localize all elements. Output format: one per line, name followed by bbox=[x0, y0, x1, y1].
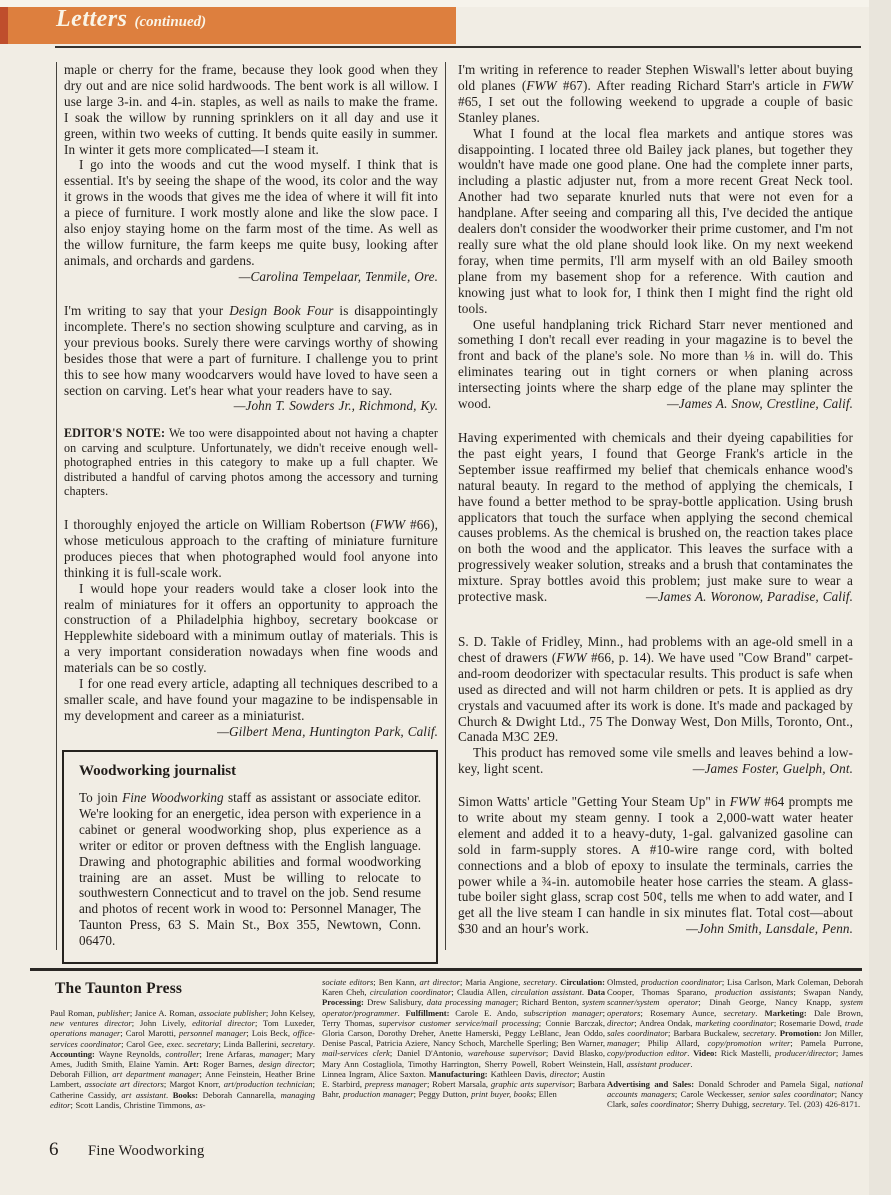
letter-paragraph: I go into the woods and cut the wood mys… bbox=[64, 157, 438, 268]
letter-signature: —Gilbert Mena, Huntington Park, Calif. bbox=[64, 724, 438, 740]
letter-paragraph: S. D. Takle of Fridley, Minn., had probl… bbox=[458, 634, 853, 745]
page-edge-right bbox=[869, 0, 891, 1195]
magazine-page: Letters(continued) maple or cherry for t… bbox=[0, 0, 891, 1195]
masthead-column-1: Paul Roman, publisher; Janice A. Roman, … bbox=[50, 1008, 315, 1110]
letters-column-1-group-3: I thoroughly enjoyed the article on Will… bbox=[64, 517, 438, 740]
column-rule-center bbox=[445, 62, 446, 950]
letter-paragraph: Simon Watts' article "Getting Your Steam… bbox=[458, 794, 853, 937]
header-rule bbox=[55, 46, 861, 48]
letter-paragraph: I'm writing in reference to reader Steph… bbox=[458, 62, 853, 126]
letter-paragraph: maple or cherry for the frame, because t… bbox=[64, 62, 438, 157]
header-bar-edge bbox=[0, 7, 8, 44]
letter-paragraph: I for one read every article, adapting a… bbox=[64, 676, 438, 724]
letter-paragraph: I'm writing to say that your Design Book… bbox=[64, 303, 438, 414]
magazine-name: Fine Woodworking bbox=[88, 1143, 205, 1160]
letters-column-2-group-1: I'm writing in reference to reader Steph… bbox=[458, 62, 853, 412]
letter-paragraph: Having experimented with chemicals and t… bbox=[458, 430, 853, 605]
letters-column-2-group-3: S. D. Takle of Fridley, Minn., had probl… bbox=[458, 634, 853, 777]
letters-column-2-group-4: Simon Watts' article "Getting Your Steam… bbox=[458, 794, 853, 937]
masthead-column-2: sociate editors; Ben Kann, art director;… bbox=[322, 977, 605, 1099]
letter-paragraph: I thoroughly enjoyed the article on Will… bbox=[64, 517, 438, 581]
letter-paragraph: This product has removed some vile smell… bbox=[458, 745, 853, 777]
letter-paragraph: One useful handplaning trick Richard Sta… bbox=[458, 317, 853, 412]
page-title-continued: (continued) bbox=[134, 14, 206, 30]
column-rule-left bbox=[56, 62, 57, 950]
masthead-column-3-advertising: Advertising and Sales: Donald Schroder a… bbox=[607, 1079, 863, 1110]
letter-signature: —Carolina Tempelaar, Tenmile, Ore. bbox=[64, 269, 438, 285]
letters-column-2-group-2: Having experimented with chemicals and t… bbox=[458, 430, 853, 605]
masthead-column-3-staff: Olmsted, production coordinator; Lisa Ca… bbox=[607, 977, 863, 1069]
letters-column-1-group-2: I'm writing to say that your Design Book… bbox=[64, 303, 438, 499]
masthead-title: The Taunton Press bbox=[55, 980, 182, 998]
letter-paragraph: I would hope your readers would take a c… bbox=[64, 581, 438, 676]
letter-paragraph: What I found at the local flea markets a… bbox=[458, 126, 853, 317]
masthead-rule bbox=[30, 968, 862, 971]
letters-column-1-group-1: maple or cherry for the frame, because t… bbox=[64, 62, 438, 285]
editors-note: EDITOR'S NOTE: We too were disappointed … bbox=[64, 426, 438, 499]
job-ad-title: Woodworking journalist bbox=[79, 763, 421, 780]
job-ad-box: Woodworking journalist To join Fine Wood… bbox=[62, 750, 438, 964]
page-number: 6 bbox=[49, 1139, 59, 1161]
page-title: Letters(continued) bbox=[56, 6, 206, 33]
page-title-text: Letters bbox=[56, 6, 127, 32]
job-ad-body: To join Fine Woodworking staff as assist… bbox=[79, 790, 421, 949]
masthead-column-3: Olmsted, production coordinator; Lisa Ca… bbox=[607, 977, 863, 1109]
